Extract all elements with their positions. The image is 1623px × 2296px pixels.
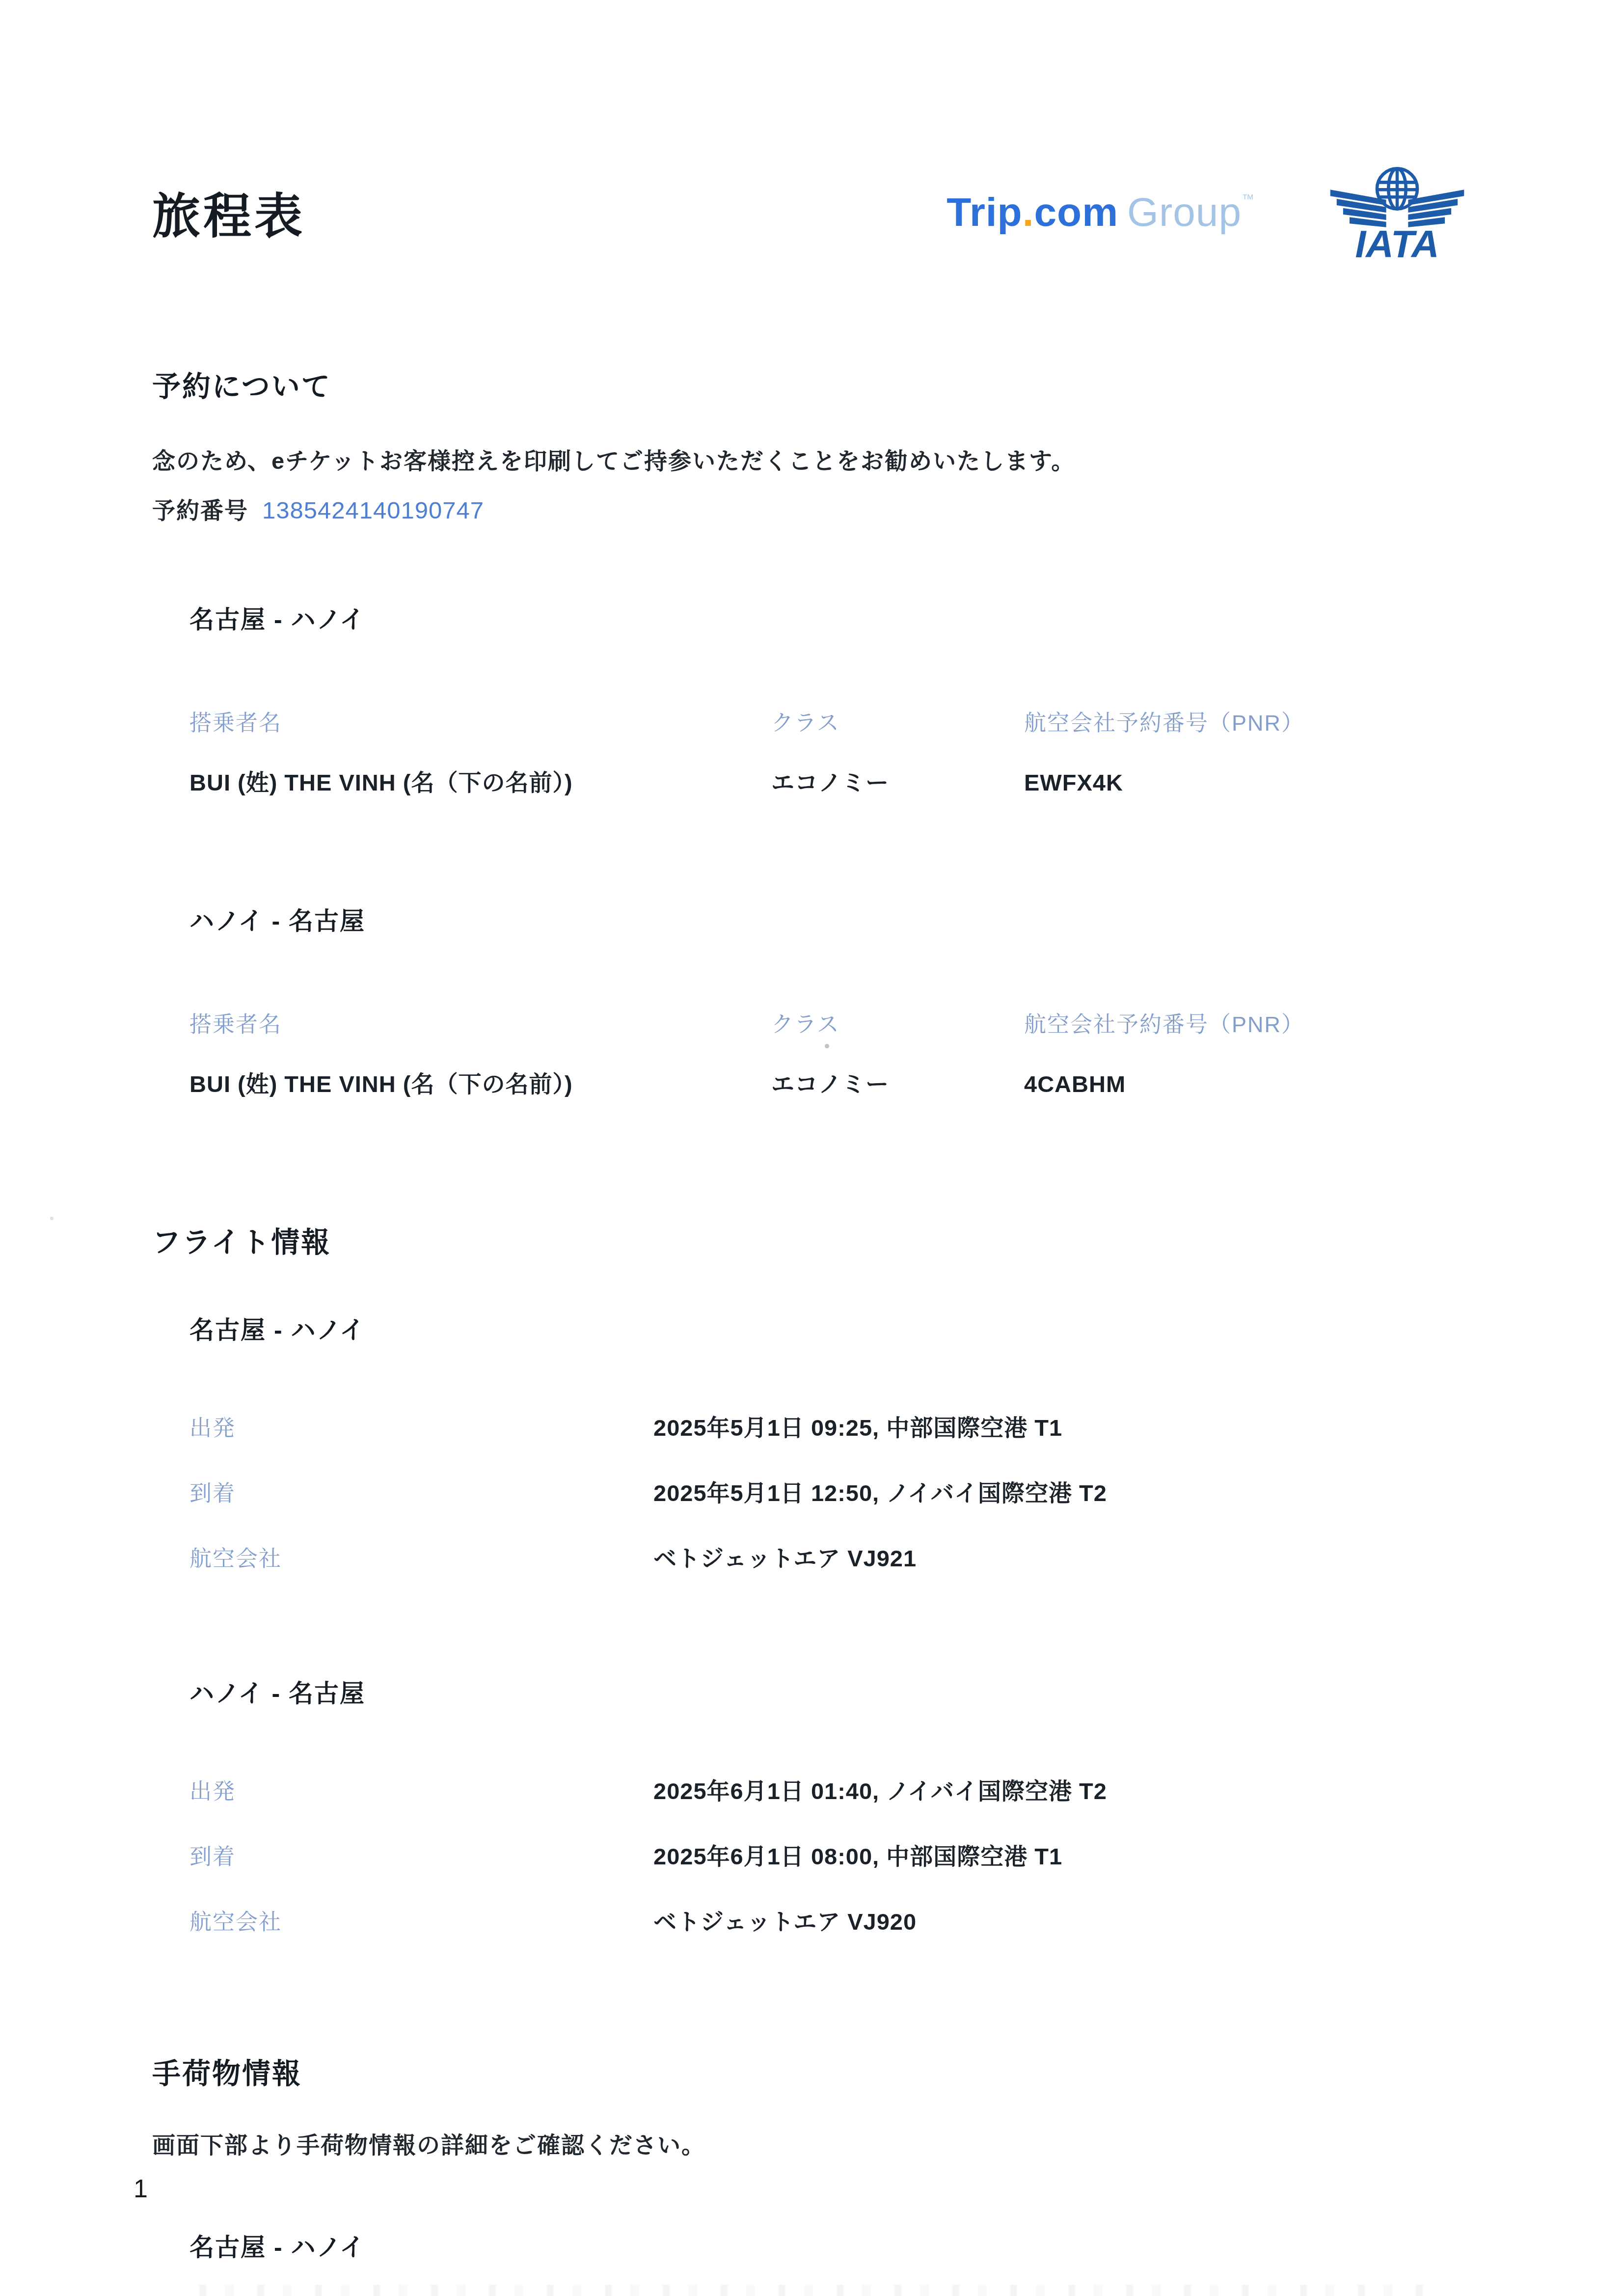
baggage-section-heading: 手荷物情報 — [152, 2050, 1476, 2092]
pnr-value: EWFX4K — [1024, 769, 1476, 796]
flights-section-heading: フライト情報 — [152, 1219, 1476, 1260]
arrival-value: 2025年6月1日 08:00, 中部国際空港 T1 — [653, 1838, 1476, 1871]
passenger-table-header-row: 搭乗者名 クラス 航空会社予約番号（PNR） — [152, 705, 1476, 737]
document-header: 旅程表 Trip.comGroup™ — [152, 162, 1476, 263]
flight-departure-row: 出発 2025年5月1日 09:25, 中部国際空港 T1 — [152, 1410, 1476, 1443]
tripcom-logo-tm: ™ — [1242, 191, 1255, 206]
airline-label: 航空会社 — [189, 1541, 653, 1573]
baggage-segment-route: 名古屋 - ハノイ — [189, 2228, 1476, 2263]
booking-number-label: 予約番号 — [152, 492, 248, 525]
departure-value: 2025年5月1日 09:25, 中部国際空港 T1 — [653, 1410, 1476, 1443]
arrival-value: 2025年5月1日 12:50, ノイバイ国際空港 T2 — [653, 1475, 1476, 1508]
airline-value: ベトジェットエア VJ920 — [653, 1904, 1476, 1937]
tripcom-logo-trip: Trip — [947, 190, 1022, 235]
departure-label: 出発 — [189, 1410, 653, 1442]
logo-group: Trip.comGroup™ — [947, 162, 1466, 263]
scan-speck — [50, 1217, 54, 1220]
iata-logo-text: IATA — [1355, 222, 1439, 263]
class-column-header: クラス — [771, 705, 1024, 737]
booking-section-heading: 予約について — [152, 363, 1476, 405]
arrival-label: 到着 — [189, 1476, 653, 1507]
class-value: エコノミー — [771, 1066, 1024, 1099]
passenger-table-row: BUI (姓) THE VINH (名（下の名前）) エコノミー 4CABHM — [152, 1066, 1476, 1099]
passenger-name-column-header: 搭乗者名 — [189, 1007, 771, 1039]
passenger-name-column-header: 搭乗者名 — [189, 705, 771, 737]
flight-airline-row: 航空会社 ベトジェットエア VJ920 — [152, 1904, 1476, 1937]
departure-label: 出発 — [189, 1774, 653, 1805]
flight-airline-row: 航空会社 ベトジェットエア VJ921 — [152, 1540, 1476, 1573]
class-column-header: クラス — [771, 1007, 1024, 1039]
itinerary-document-page: 旅程表 Trip.comGroup™ — [0, 0, 1623, 2296]
booking-number-line: 予約番号 1385424140190747 — [152, 492, 1476, 525]
airline-value: ベトジェットエア VJ921 — [653, 1540, 1476, 1573]
passenger-table-row: BUI (姓) THE VINH (名（下の名前）) エコノミー EWFX4K — [152, 765, 1476, 797]
passenger-name-value: BUI (姓) THE VINH (名（下の名前）) — [189, 1066, 771, 1099]
pnr-value: 4CABHM — [1024, 1070, 1476, 1097]
flight-arrival-row: 到着 2025年6月1日 08:00, 中部国際空港 T1 — [152, 1838, 1476, 1871]
tripcom-logo-com: com — [1034, 190, 1118, 235]
booking-segment-route: 名古屋 - ハノイ — [189, 600, 1476, 635]
booking-number-link[interactable]: 1385424140190747 — [262, 497, 484, 524]
page-number: 1 — [134, 2174, 148, 2204]
tripcom-group-logo: Trip.comGroup™ — [947, 190, 1255, 236]
tripcom-logo-dot: . — [1023, 190, 1034, 235]
flight-arrival-row: 到着 2025年5月1日 12:50, ノイバイ国際空港 T2 — [152, 1475, 1476, 1508]
scan-artifact-faded-row — [199, 2285, 1436, 2296]
page-title: 旅程表 — [152, 178, 305, 247]
passenger-name-value: BUI (姓) THE VINH (名（下の名前）) — [189, 765, 771, 797]
passenger-table-header-row: 搭乗者名 クラス 航空会社予約番号（PNR） — [152, 1007, 1476, 1039]
flight-departure-row: 出発 2025年6月1日 01:40, ノイバイ国際空港 T2 — [152, 1773, 1476, 1806]
scan-speck — [825, 1044, 829, 1048]
departure-value: 2025年6月1日 01:40, ノイバイ国際空港 T2 — [653, 1773, 1476, 1806]
iata-logo-icon: IATA — [1328, 162, 1466, 263]
class-value: エコノミー — [771, 765, 1024, 797]
baggage-notice-text: 画面下部より手荷物情報の詳細をご確認ください。 — [152, 2127, 1476, 2160]
pnr-column-header: 航空会社予約番号（PNR） — [1024, 1007, 1476, 1039]
arrival-label: 到着 — [189, 1839, 653, 1871]
airline-label: 航空会社 — [189, 1904, 653, 1936]
flight-segment-route: 名古屋 - ハノイ — [189, 1311, 1476, 1346]
pnr-column-header: 航空会社予約番号（PNR） — [1024, 705, 1476, 737]
flight-segment-route: ハノイ - 名古屋 — [189, 1674, 1476, 1709]
tripcom-logo-group: Group — [1127, 190, 1242, 235]
booking-notice-text: 念のため、eチケットお客様控えを印刷してご持参いただくことをお勧めいたします。 — [152, 443, 1476, 476]
booking-segment-route: ハノイ - 名古屋 — [189, 902, 1476, 937]
